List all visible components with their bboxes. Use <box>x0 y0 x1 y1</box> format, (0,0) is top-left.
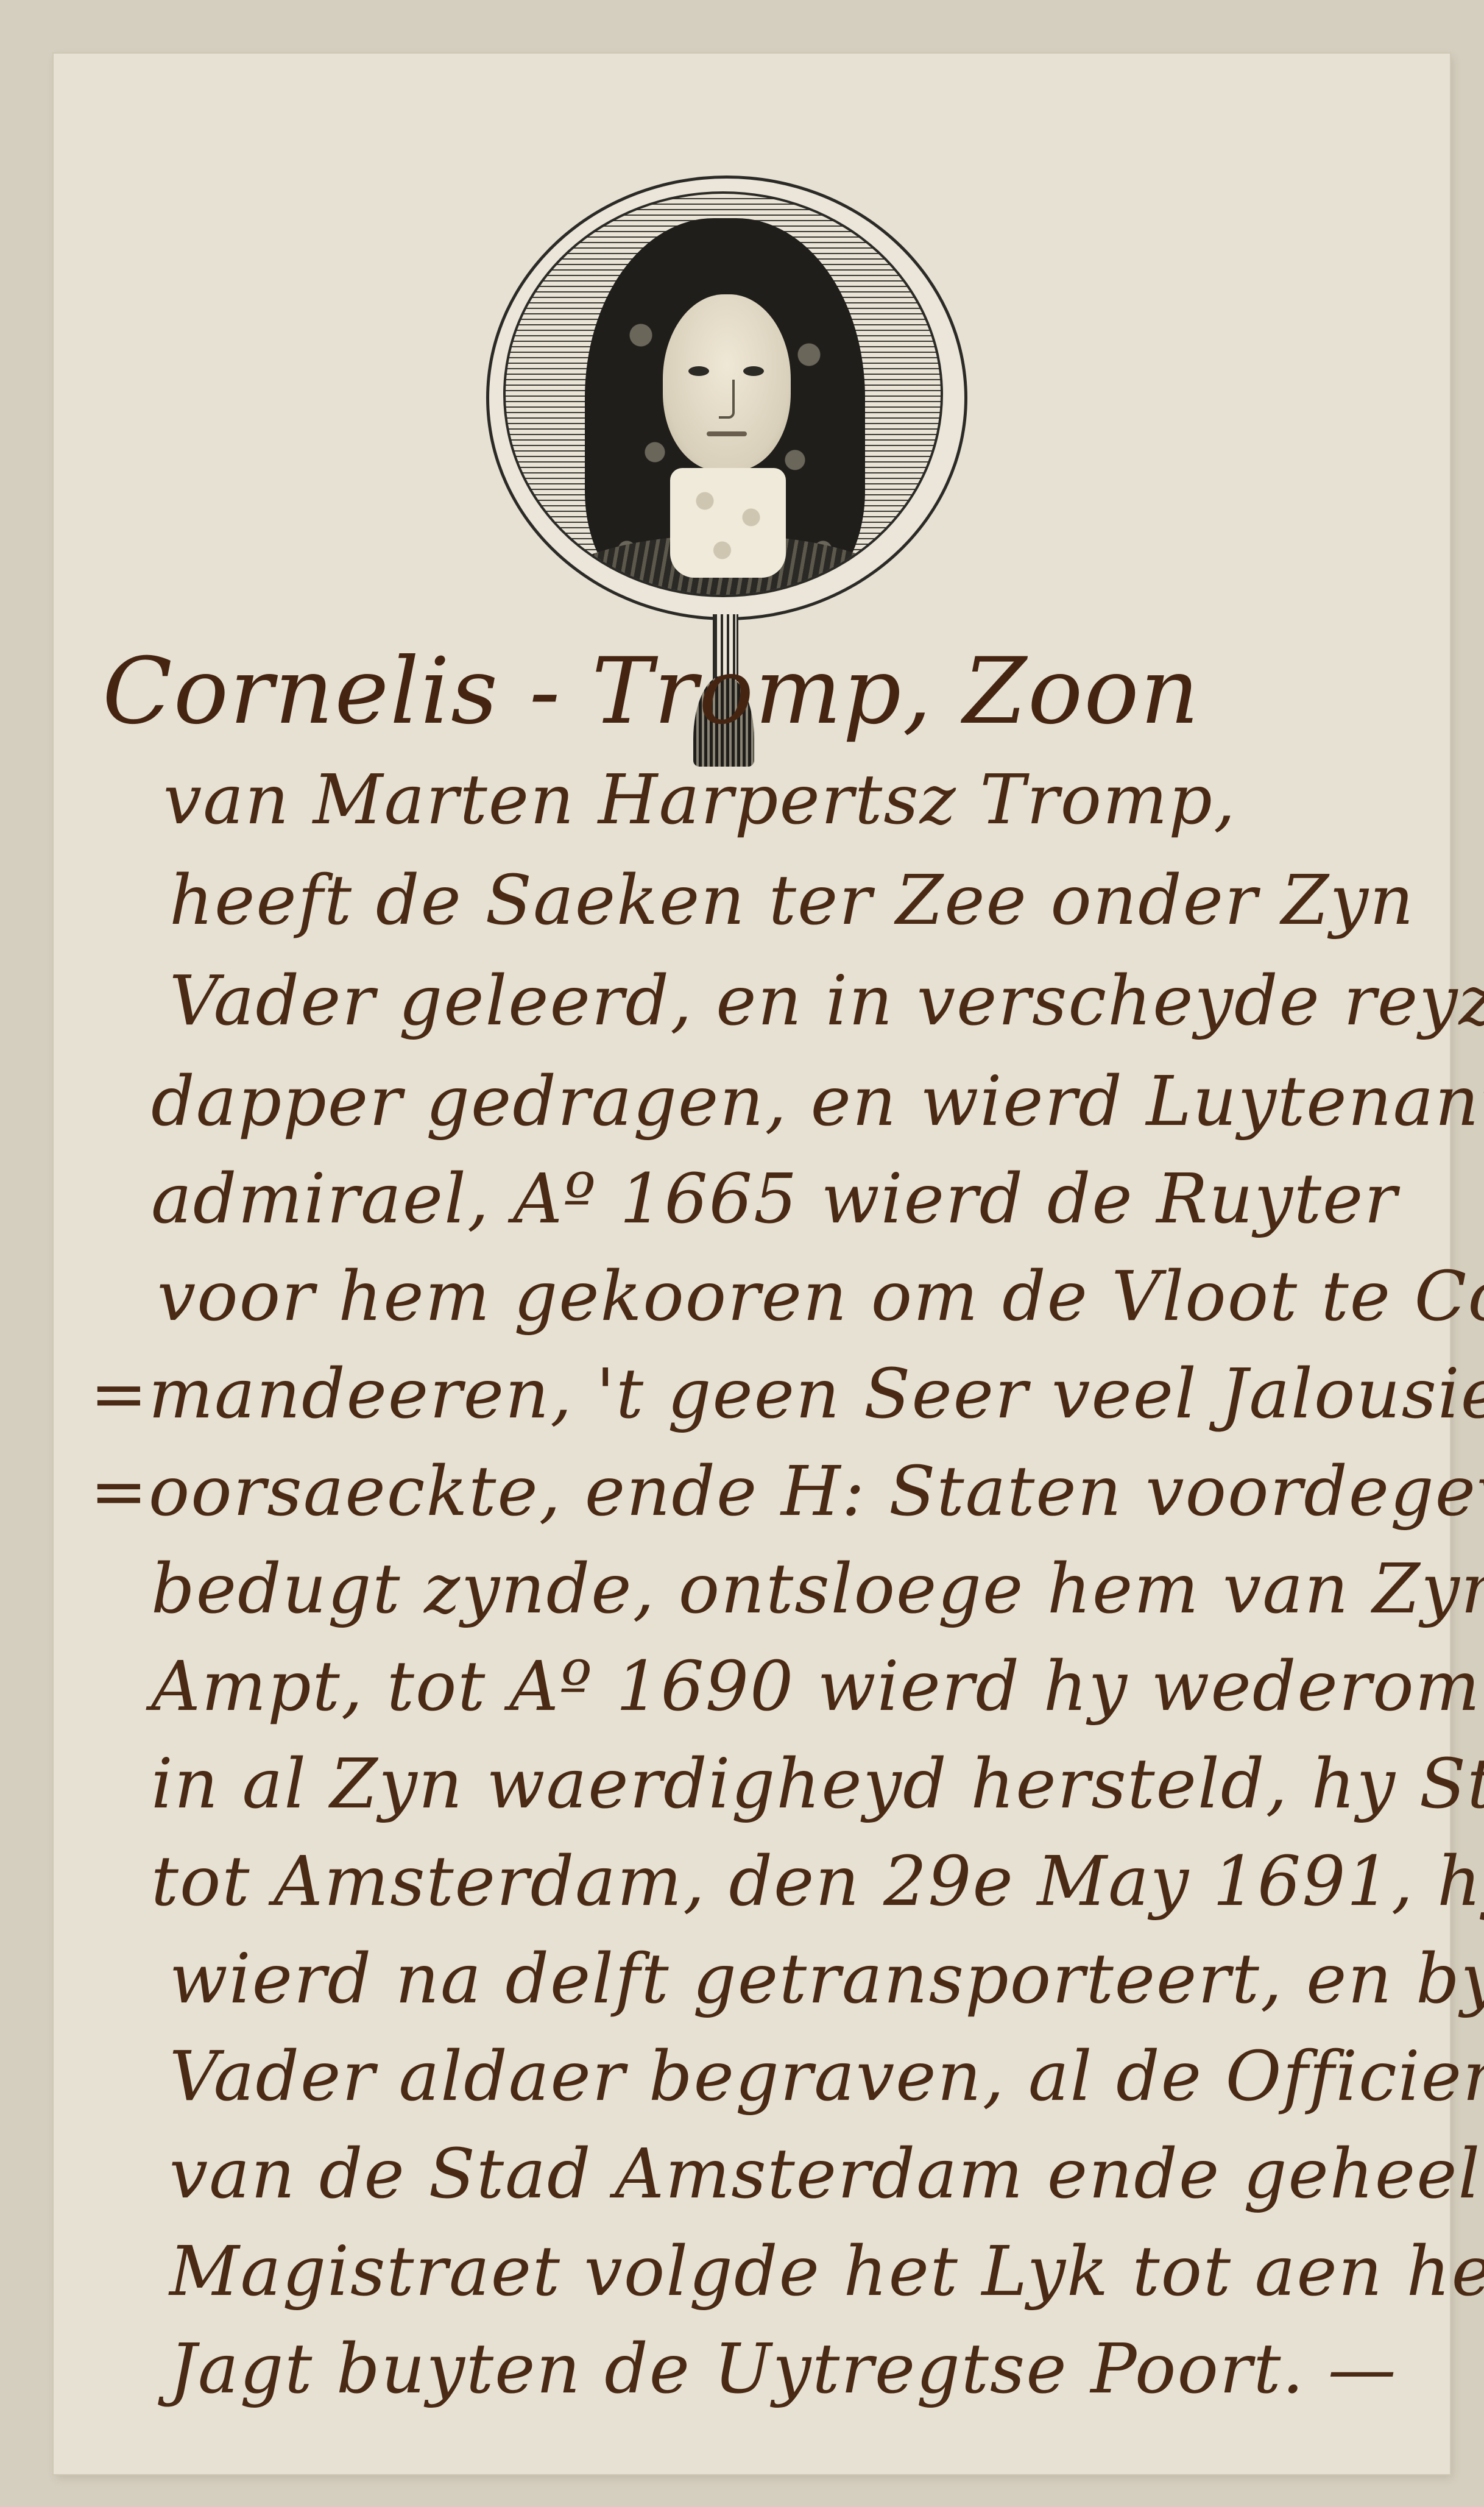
text-line: bedugt zynde, ontsloege hem van Zyn <box>151 1550 1484 1629</box>
manuscript-card: Cornelis - Tromp, Zoon van Marten Harper… <box>54 54 1450 2474</box>
text-line: van de Stad Amsterdam ende geheele <box>169 2135 1484 2214</box>
text-line: =oorsaeckte, ende H: Staten voordegevolg… <box>90 1452 1484 1531</box>
text-line: in al Zyn waerdigheyd hersteld, hy Storf <box>151 1745 1484 1824</box>
text-line: Vader aldaer begraven, al de Officieren <box>169 2037 1484 2116</box>
text-line: admirael, Aº 1665 wierd de Ruyter <box>151 1160 1398 1239</box>
text-line: Jagt buyten de Uytregtse Poort. — <box>169 2330 1397 2409</box>
heading: Cornelis - Tromp, Zoon <box>102 639 1200 745</box>
text-line: voor hem gekooren om de Vloot te Com= <box>157 1257 1484 1336</box>
text-line: Ampt, tot Aº 1690 wierd hy wederom <box>151 1647 1481 1726</box>
handwritten-text: Cornelis - Tromp, Zoon van Marten Harper… <box>54 54 1450 2474</box>
text-line: tot Amsterdam, den 29e May 1691, hy <box>151 1842 1484 1921</box>
text-line: Magistraet volgde het Lyk tot aen het <box>169 2232 1484 2311</box>
text-line: Vader geleerd, en in verscheyde reyze <box>169 962 1484 1041</box>
text-line: wierd na delft getransporteert, en by Zy… <box>169 1940 1484 2019</box>
text-line: =mandeeren, 't geen Seer veel Jalousie v… <box>90 1355 1484 1434</box>
text-line: van Marten Harpertsz Tromp, <box>163 761 1237 840</box>
text-line: heeft de Saeken ter Zee onder Zyn <box>169 861 1415 940</box>
text-line: dapper gedragen, en wierd Luytenant <box>151 1062 1484 1141</box>
